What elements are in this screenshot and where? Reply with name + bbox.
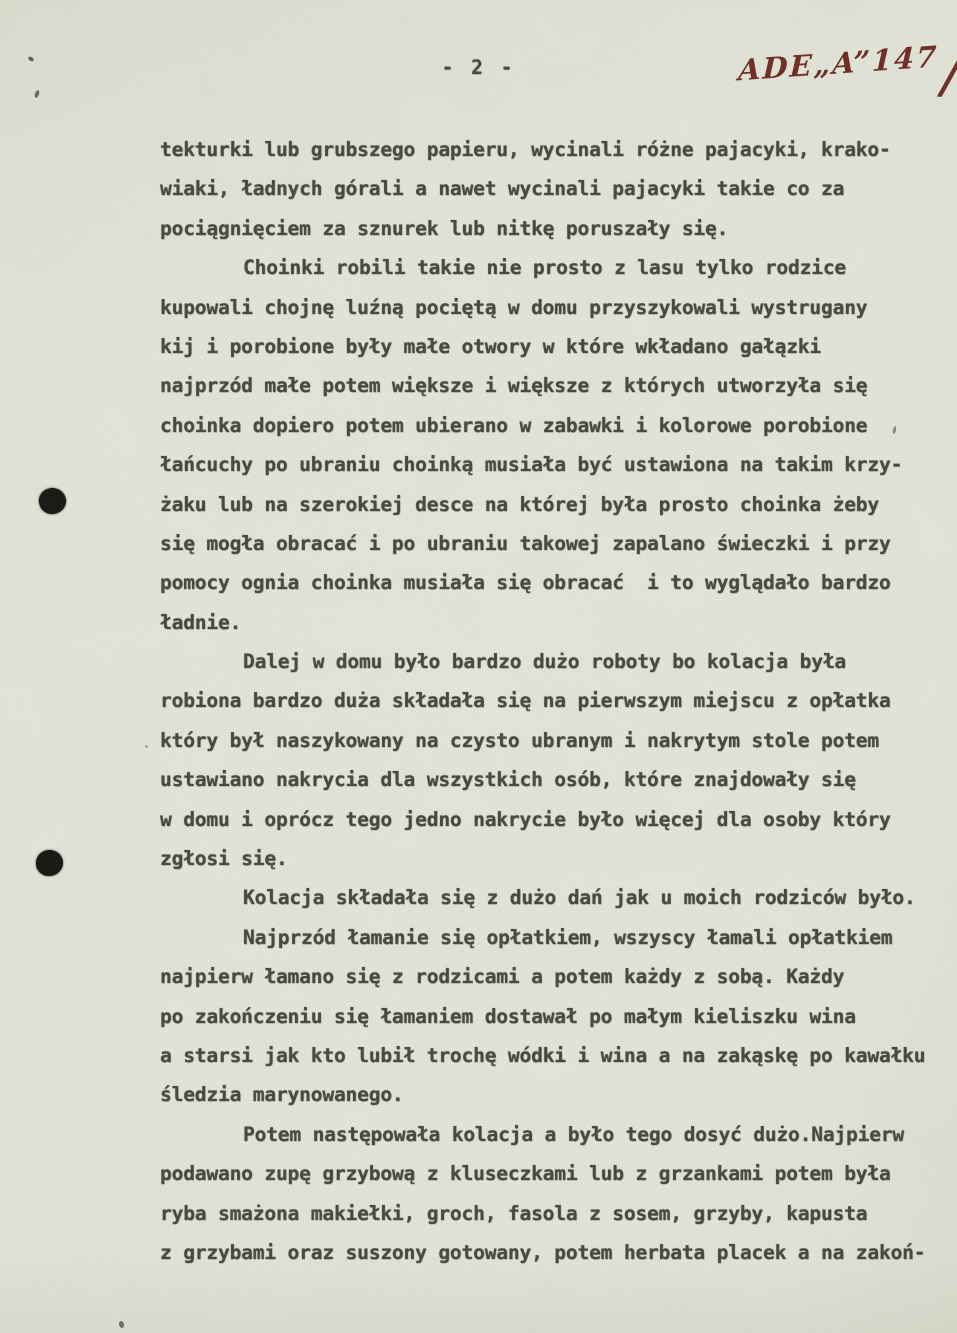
text-line: się mogła obracać i po ubraniu takowej z…: [160, 524, 920, 563]
text-line: Potem następowała kolacja a było tego do…: [160, 1115, 920, 1154]
text-line: w domu i oprócz tego jedno nakrycie było…: [160, 800, 920, 839]
hole-punch-mark-bottom: [36, 850, 63, 876]
paper-speck: [118, 1320, 125, 1328]
text-line: z grzybami oraz suszony gotowany, potem …: [160, 1233, 920, 1272]
paper-speck: [145, 745, 148, 748]
text-line: robiona bardzo duża składała się na pier…: [160, 681, 920, 720]
annotation-slash: /: [942, 70, 957, 71]
typewritten-text: tekturki lub grubszego papieru, wycinali…: [160, 130, 920, 1272]
text-line: ładnie.: [160, 603, 920, 642]
text-line: kupowali chojnę luźną pociętą w domu prz…: [160, 288, 920, 327]
text-line: Kolacja składała się z dużo dań jak u mo…: [160, 878, 920, 917]
text-line: podawano zupę grzybową z kluseczkami lub…: [160, 1154, 920, 1193]
text-line: ustawiano nakrycia dla wszystkich osób, …: [160, 760, 920, 799]
text-line: który był naszykowany na czysto ubranym …: [160, 721, 920, 760]
text-line: Dalej w domu było bardzo dużo roboty bo …: [160, 642, 920, 681]
text-line: choinka dopiero potem ubierano w zabawki…: [160, 406, 920, 445]
paper-speck: [34, 90, 40, 99]
text-line: wiaki, ładnych górali a nawet wycinali p…: [160, 169, 920, 208]
text-line: tekturki lub grubszego papieru, wycinali…: [160, 130, 920, 169]
scanned-document-page: - 2 - ADE„A”147/III tekturki lub grubsze…: [0, 0, 957, 1333]
text-line: pomocy ognia choinka musiała się obracać…: [160, 563, 920, 602]
text-line: zgłosi się.: [160, 839, 920, 878]
hole-punch-mark-top: [37, 485, 69, 516]
text-line: po zakończeniu się łamaniem dostawał po …: [160, 997, 920, 1036]
text-line: kij i porobione były małe otwory w które…: [160, 327, 920, 366]
text-line: najpierw łamano się z rodzicami a potem …: [160, 957, 920, 996]
text-line: łańcuchy po ubraniu choinką musiała być …: [160, 445, 920, 484]
annotation-reference-code: ADE„A”147: [738, 39, 939, 87]
text-line: ryba smażona makiełki, groch, fasola z s…: [160, 1194, 920, 1233]
handwritten-annotation: ADE„A”147/III: [737, 35, 957, 92]
text-line: Choinki robili takie nie prosto z lasu t…: [160, 248, 920, 287]
text-line: Najprzód łamanie się opłatkiem, wszyscy …: [160, 918, 920, 957]
text-line: śledzia marynowanego.: [160, 1075, 920, 1114]
text-line: pociągnięciem za sznurek lub nitkę porus…: [160, 209, 920, 248]
text-line: żaku lub na szerokiej desce na której by…: [160, 485, 920, 524]
text-line: najprzód małe potem większe i większe z …: [160, 366, 920, 405]
text-line: a starsi jak kto lubił trochę wódki i wi…: [160, 1036, 920, 1075]
